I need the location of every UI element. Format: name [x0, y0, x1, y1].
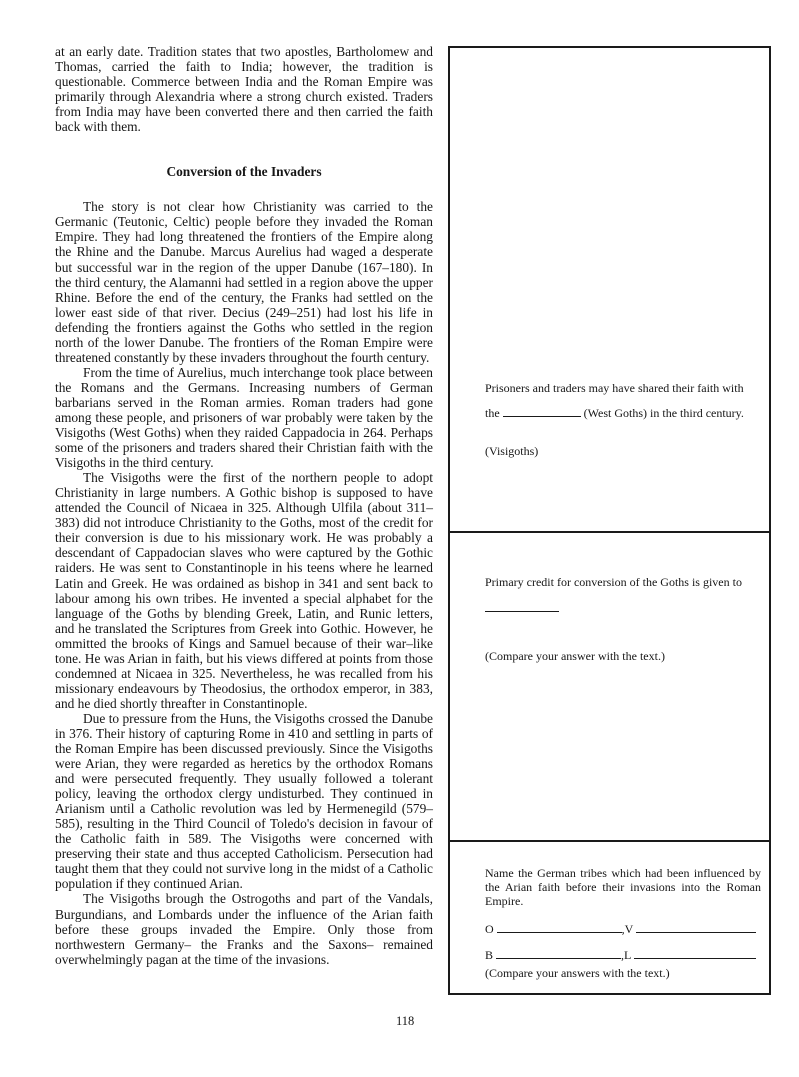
frame-visigoths: Prisoners and traders may have shared th…: [448, 46, 771, 533]
body-paragraph: The story is not clear how Christianity …: [55, 199, 433, 365]
frame-question: Prisoners and traders may have shared th…: [485, 381, 761, 458]
blank-row: B ,L: [485, 948, 761, 962]
intro-paragraph: at an early date. Tradition states that …: [55, 44, 433, 134]
answer-blank-b[interactable]: [496, 957, 621, 959]
blank-letter: ,L: [621, 948, 631, 962]
blank-line: [485, 601, 761, 615]
blank-letter: B: [485, 948, 493, 962]
blank-letter: ,V: [622, 922, 633, 936]
page-number: 118: [396, 1014, 414, 1029]
programmed-frames-column: Prisoners and traders may have shared th…: [448, 46, 770, 995]
answer-blank-v[interactable]: [636, 931, 756, 933]
body-paragraph: The Visigoths brough the Ostrogoths and …: [55, 891, 433, 966]
frame-answer: (Visigoths): [485, 444, 761, 458]
answer-blank[interactable]: [485, 610, 559, 612]
answer-blank-o[interactable]: [497, 931, 622, 933]
main-text-column: at an early date. Tradition states that …: [55, 44, 433, 967]
question-line: Prisoners and traders may have shared th…: [485, 381, 761, 395]
section-heading: Conversion of the Invaders: [55, 164, 433, 179]
body-paragraph: Due to pressure from the Huns, the Visig…: [55, 711, 433, 892]
frame-question: Name the German tribes which had been in…: [485, 866, 761, 980]
question-text: Primary credit for conversion of the Got…: [485, 575, 761, 589]
question-text: (West Goths) in the third century.: [584, 406, 744, 420]
body-paragraph: The Visigoths were the first of the nort…: [55, 470, 433, 711]
question-text: Name the German tribes which had been in…: [485, 866, 761, 908]
frame-note: (Compare your answers with the text.): [485, 966, 761, 980]
answer-blank-l[interactable]: [634, 957, 756, 959]
question-text: the: [485, 406, 500, 420]
answer-blank[interactable]: [503, 415, 581, 417]
blank-row: O ,V: [485, 922, 761, 936]
body-paragraph: From the time of Aurelius, much intercha…: [55, 365, 433, 470]
frame-question: Primary credit for conversion of the Got…: [485, 575, 761, 663]
frame-german-tribes: Name the German tribes which had been in…: [448, 842, 771, 995]
question-line-with-blank: the (West Goths) in the third century.: [485, 406, 761, 420]
blank-letter: O: [485, 922, 494, 936]
frame-note: (Compare your answer with the text.): [485, 649, 761, 663]
frame-ulfila: Primary credit for conversion of the Got…: [448, 531, 771, 842]
